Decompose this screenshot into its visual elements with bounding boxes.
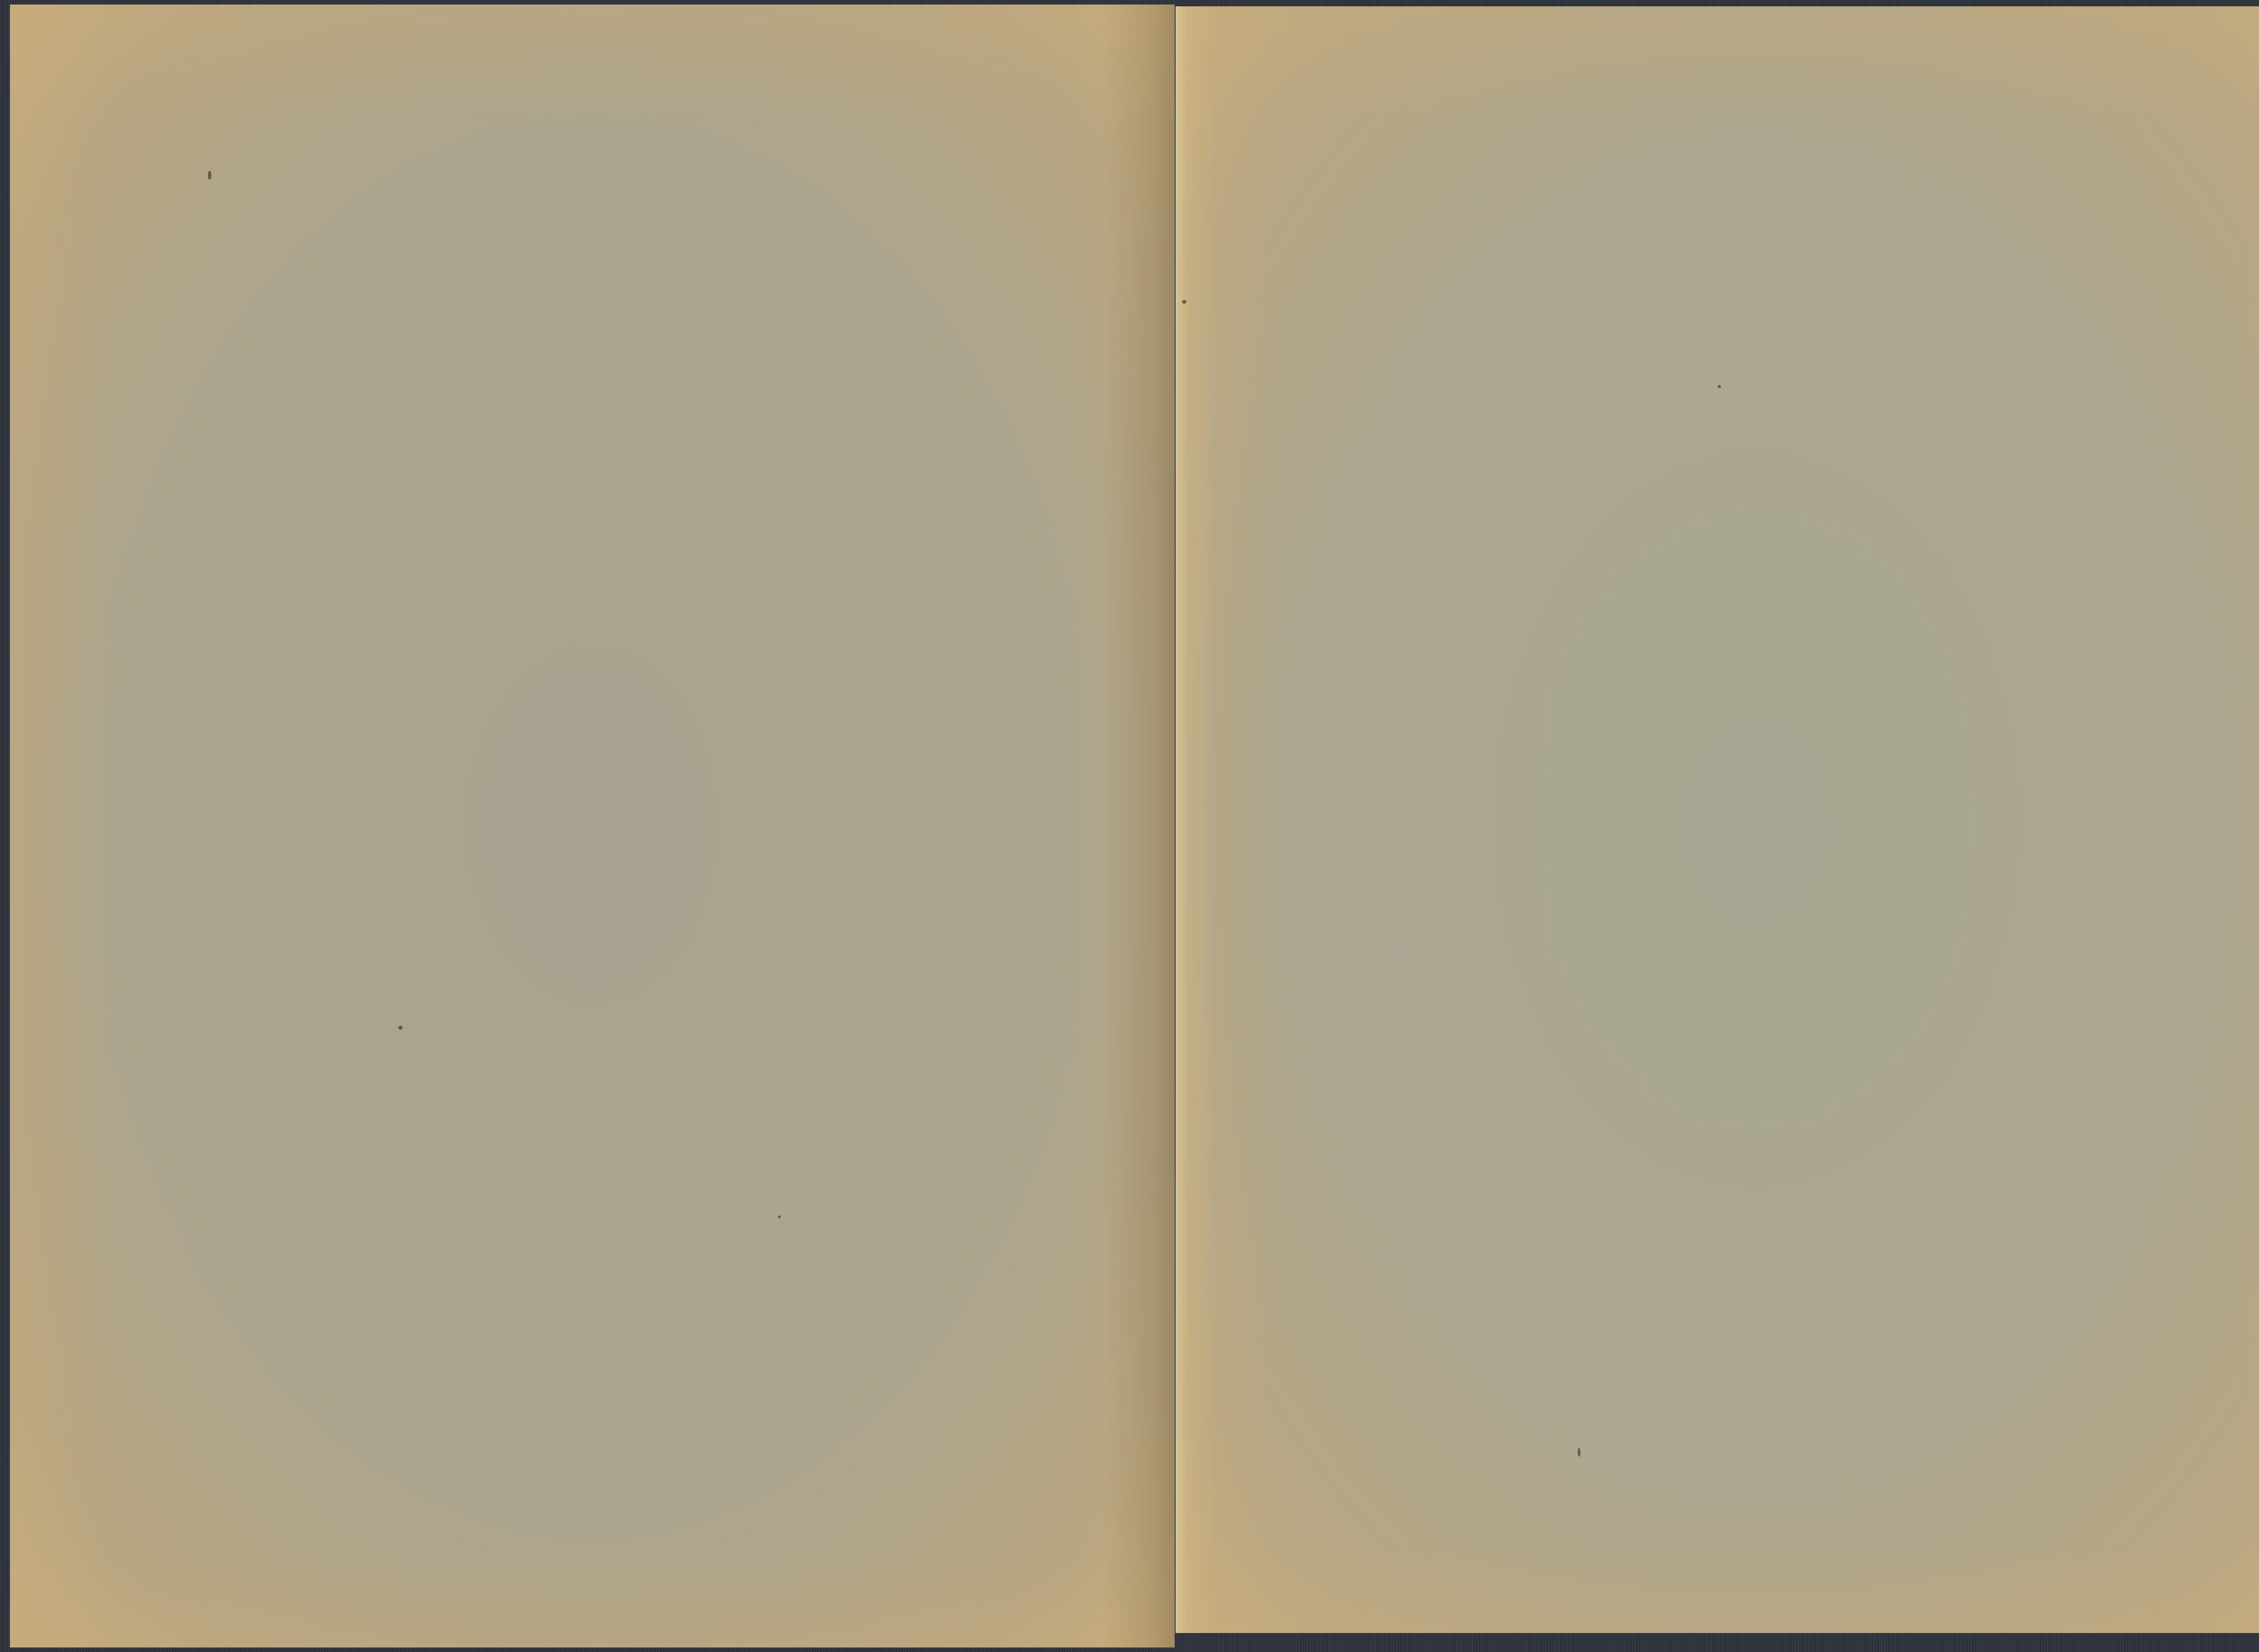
- paper-speck: [1182, 300, 1186, 304]
- paper-speck: [208, 171, 211, 180]
- right-page-aging-tone: [1176, 6, 2259, 1633]
- right-page: [1176, 6, 2259, 1633]
- paper-speck: [778, 1216, 781, 1218]
- left-gutter-shadow: [1102, 5, 1175, 1647]
- left-page-aging-tone: [10, 5, 1175, 1647]
- paper-speck: [398, 1026, 403, 1030]
- book-spread: [10, 5, 2259, 1640]
- right-gutter-highlight: [1176, 6, 1216, 1633]
- left-page: [10, 5, 1175, 1647]
- paper-speck: [1718, 385, 1721, 388]
- paper-speck: [1578, 1448, 1580, 1457]
